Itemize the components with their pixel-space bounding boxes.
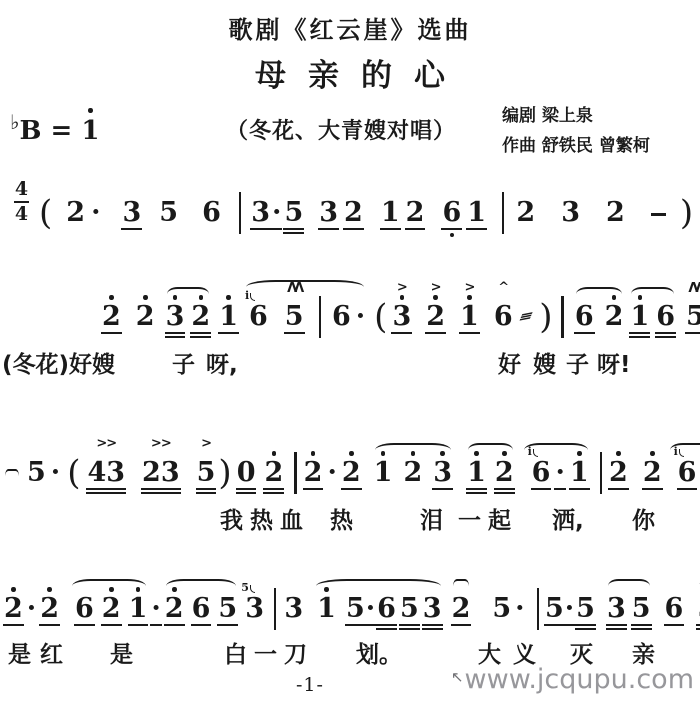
- note-digit: 5: [218, 595, 237, 622]
- performance-note: （冬花、大青嫂对唱）: [226, 114, 456, 145]
- barline: [319, 296, 321, 338]
- note-digit: ·: [272, 199, 281, 226]
- note: ·: [555, 459, 564, 486]
- high-octave-dot: [311, 451, 316, 456]
- note-digit: 23: [142, 459, 180, 486]
- parenthesis: (: [374, 300, 387, 334]
- barline: [502, 192, 504, 234]
- note: i6: [249, 303, 268, 330]
- note-digit: 6: [75, 595, 94, 622]
- note-digit: 1: [467, 459, 486, 486]
- slur-group: i61: [669, 459, 700, 486]
- underline: [284, 332, 305, 334]
- barline: [274, 588, 276, 630]
- note-digit: 3: [251, 199, 270, 226]
- underline: [271, 228, 282, 230]
- note: 1>: [460, 303, 479, 330]
- note: 53: [245, 595, 264, 622]
- note-digit: 5: [284, 199, 303, 226]
- note: i6: [678, 459, 697, 486]
- note: 2: [406, 199, 425, 226]
- high-octave-dot: [272, 451, 277, 456]
- music-line: 44(2·3563·5321261232): [14, 180, 700, 226]
- high-octave-dot: [226, 295, 231, 300]
- note: 2>: [426, 303, 445, 330]
- lyric-syllable: 热: [250, 508, 273, 536]
- high-octave-dot: [616, 451, 621, 456]
- high-octave-dot: [11, 587, 16, 592]
- underline: [283, 232, 304, 234]
- accent-mark: >>: [96, 437, 116, 450]
- series-title: 歌剧《红云崖》选曲: [0, 10, 700, 45]
- underline: [391, 332, 412, 334]
- underline: [376, 624, 397, 626]
- underline: [531, 488, 552, 490]
- note-digit: 2: [452, 595, 471, 622]
- underline: [554, 488, 565, 490]
- note: 6: [377, 595, 396, 622]
- underline: [101, 624, 122, 626]
- note-digit: 1: [630, 303, 649, 330]
- underline: [191, 624, 212, 626]
- note: 43>>: [87, 459, 125, 486]
- note: 3: [251, 199, 270, 226]
- note-digit: 2: [342, 459, 361, 486]
- note-digit: 2: [4, 595, 23, 622]
- lyric-syllable: 呀,: [206, 352, 238, 380]
- note-digit: 2: [40, 595, 59, 622]
- note-digit: 2: [406, 199, 425, 226]
- underline: [141, 492, 181, 494]
- note-digit: 6: [665, 595, 684, 622]
- high-octave-dot: [433, 295, 438, 300]
- note-digit: 5: [27, 459, 46, 486]
- underline: [631, 628, 652, 630]
- underline: [664, 624, 685, 626]
- slur-group: 123: [374, 459, 452, 486]
- tremolo-mark: ≡: [515, 306, 536, 326]
- note-digit: 2: [264, 459, 283, 486]
- note-digit: 3: [561, 199, 580, 226]
- note: 1: [129, 595, 148, 622]
- parenthesis: (: [67, 456, 80, 490]
- music-line: 22321i65ΛΛ6·(3>2>1>6^≡)62165ΛΛ3≈2: [102, 296, 700, 330]
- underline: [150, 624, 161, 626]
- note: 6: [665, 595, 684, 622]
- underline: [459, 332, 480, 334]
- slur-group: 621: [71, 595, 147, 622]
- note-digit: 6: [532, 459, 551, 486]
- note-digit: 2: [165, 595, 184, 622]
- note: 2: [136, 303, 155, 330]
- note: 2: [606, 199, 625, 226]
- slur-group: 35: [607, 595, 651, 622]
- underline: [696, 624, 700, 626]
- note-digit: 5: [346, 595, 365, 622]
- note-digit: 0: [237, 459, 256, 486]
- slur-arc: [631, 287, 674, 301]
- note: ·: [51, 459, 60, 486]
- slur-arc: [524, 443, 588, 457]
- slur-arc: [316, 579, 440, 593]
- note: 2: [609, 459, 628, 486]
- slur-group: i6·1: [523, 459, 589, 486]
- accent-mark: >: [464, 281, 474, 294]
- underline: [3, 624, 24, 626]
- note: 2: [40, 595, 59, 622]
- note: 6: [202, 199, 221, 226]
- accent-mark: ^: [498, 281, 508, 294]
- barline: [537, 588, 539, 630]
- note: 1: [374, 459, 393, 486]
- note-digit: 1: [219, 303, 238, 330]
- note: ·: [515, 595, 524, 622]
- note-digit: 3: [245, 595, 264, 622]
- note-digit: 5: [545, 595, 564, 622]
- accent-mark: >: [201, 437, 211, 450]
- note: 6: [75, 595, 94, 622]
- note: 2: [66, 199, 85, 226]
- underline: [190, 332, 211, 334]
- underline: [190, 336, 211, 338]
- underline: [164, 624, 185, 626]
- slur-arc: [166, 579, 236, 593]
- underline: [629, 336, 650, 338]
- underline: [441, 228, 462, 230]
- slur-arc: [670, 443, 700, 457]
- underline: [494, 488, 515, 490]
- note-digit: 6: [656, 303, 675, 330]
- key-letter: B =: [19, 116, 72, 146]
- note-digit: 6: [377, 595, 396, 622]
- underline: [263, 492, 284, 494]
- underline: [606, 624, 627, 626]
- note: ·: [327, 459, 336, 486]
- note-digit: 5: [686, 303, 700, 330]
- parenthesis: ): [218, 456, 231, 490]
- note-digit: ·: [91, 199, 100, 226]
- note: 2: [304, 459, 323, 486]
- underline: [141, 488, 181, 490]
- lyric-syllable: 一: [254, 642, 277, 670]
- note: 3: [284, 595, 303, 622]
- note-digit: ·: [27, 595, 36, 622]
- note: 1: [219, 303, 238, 330]
- underline: [569, 488, 590, 490]
- parenthesis: ): [539, 300, 552, 334]
- underline: [218, 332, 239, 334]
- note-digit: 6: [332, 303, 351, 330]
- underline: [422, 624, 443, 626]
- note: 3: [166, 303, 185, 330]
- note-digit: 43: [87, 459, 125, 486]
- underline: [86, 488, 126, 490]
- lyric-syllable: 血: [280, 508, 303, 536]
- high-octave-dot: [400, 295, 405, 300]
- note: 6: [442, 199, 461, 226]
- slur-arc: [167, 287, 210, 301]
- underline: [86, 492, 126, 494]
- underline: [432, 488, 453, 490]
- note: 3: [122, 199, 141, 226]
- note: 6: [575, 303, 594, 330]
- credits: 编剧 梁上泉 作曲 舒铁民 曾繁柯: [502, 102, 650, 162]
- underline: [318, 228, 339, 230]
- note-digit: 2: [344, 199, 363, 226]
- note-digit: 2: [606, 199, 625, 226]
- underline: [696, 628, 700, 630]
- lyric-syllable: 是: [110, 642, 133, 670]
- note-digit: 2: [102, 303, 121, 330]
- note-digit: 5: [492, 595, 511, 622]
- music-line: 2·2621·26553315·65325·5·53565ΛΛ61: [4, 588, 700, 622]
- note-digit: 1: [460, 303, 479, 330]
- underline: [303, 488, 324, 490]
- note-digit: 3: [319, 199, 338, 226]
- underline: [236, 488, 257, 490]
- note: 2: [342, 459, 361, 486]
- underline: [165, 336, 186, 338]
- grace-note: 5: [241, 582, 255, 593]
- note-digit: 1: [381, 199, 400, 226]
- note: 0: [237, 459, 256, 486]
- note-digit: 1: [317, 595, 336, 622]
- accent-mark: >: [397, 281, 407, 294]
- note-digit: 5: [159, 199, 178, 226]
- note: 3: [423, 595, 442, 622]
- note: 6^: [494, 303, 513, 330]
- note: 2: [102, 303, 121, 330]
- lyric-syllable: 泪: [420, 508, 443, 536]
- note: 1: [570, 459, 589, 486]
- page-title: 母亲的心: [0, 50, 700, 95]
- note: ·: [27, 595, 36, 622]
- slur-group: 16: [630, 303, 675, 330]
- underline: [544, 624, 565, 626]
- note: 1: [467, 459, 486, 486]
- lyric-syllable: (冬花)好嫂: [2, 352, 115, 380]
- music-line: 5·(43>>23>>5>)022·212312i6·122i6132·06: [4, 452, 700, 486]
- underline: [564, 624, 575, 626]
- high-octave-dot: [650, 451, 655, 456]
- note-digit: 6: [678, 459, 697, 486]
- note-digit: 5: [197, 459, 216, 486]
- underline: [451, 624, 472, 626]
- underline: [74, 624, 95, 626]
- page-number: -1-: [296, 674, 324, 696]
- lyric-syllable: 起: [488, 508, 511, 536]
- note: 5: [284, 199, 303, 226]
- underline: [101, 332, 122, 334]
- note: 1: [630, 303, 649, 330]
- underline: [466, 488, 487, 490]
- underline: [655, 332, 676, 334]
- underline: [128, 624, 149, 626]
- underline: [121, 228, 142, 230]
- note: 2: [4, 595, 23, 622]
- underline: [165, 332, 186, 334]
- slur-arc: [72, 579, 146, 593]
- note-digit: 2: [66, 199, 85, 226]
- note: 3: [319, 199, 338, 226]
- underline: [608, 488, 629, 490]
- note: 1: [317, 595, 336, 622]
- note: 5: [576, 595, 595, 622]
- credit-playwright: 编剧 梁上泉: [502, 102, 650, 132]
- trill-icon: ΛΛ: [688, 282, 700, 295]
- note: ·: [91, 199, 100, 226]
- note-digit: 3: [607, 595, 626, 622]
- note-digit: 1: [570, 459, 589, 486]
- note: 2: [516, 199, 535, 226]
- cursor-icon: ↖: [451, 668, 464, 686]
- note-digit: 3: [392, 303, 411, 330]
- barline: [239, 192, 241, 234]
- note: 6: [192, 595, 211, 622]
- note-digit: 1: [129, 595, 148, 622]
- underline: [575, 624, 596, 626]
- lyric-syllable: 好: [498, 352, 521, 380]
- note-digit: 2: [609, 459, 628, 486]
- note: ·: [565, 595, 574, 622]
- note-digit: 6: [442, 199, 461, 226]
- note: i6: [532, 459, 551, 486]
- note-digit: 2: [643, 459, 662, 486]
- underline: [575, 628, 596, 630]
- note: 6: [656, 303, 675, 330]
- lyric-syllable: 嫂: [533, 352, 556, 380]
- note: 5ΛΛ: [285, 303, 304, 330]
- high-octave-dot: [143, 295, 148, 300]
- note: 5: [346, 595, 365, 622]
- underline: [343, 228, 364, 230]
- underline: [39, 624, 60, 626]
- note: ·: [151, 595, 160, 622]
- watermark-text: www.jcqupu.com: [465, 664, 694, 695]
- note: 6: [332, 303, 351, 330]
- note: ·: [356, 303, 365, 330]
- note-digit: 2: [495, 459, 514, 486]
- slur-arc: [608, 579, 650, 593]
- note-digit: 2: [136, 303, 155, 330]
- underline: [250, 228, 271, 230]
- note: 5: [632, 595, 651, 622]
- lyric-syllable: 刀: [284, 642, 307, 670]
- slur-group: 15·653: [315, 595, 441, 622]
- note: 5: [159, 199, 178, 226]
- underline: [217, 624, 238, 626]
- high-octave-dot: [109, 295, 114, 300]
- underline: [376, 628, 397, 630]
- note: 2: [102, 595, 121, 622]
- note-digit: 5: [576, 595, 595, 622]
- note: 2: [495, 459, 514, 486]
- slur-group: 32: [166, 303, 211, 330]
- note: ·: [272, 199, 281, 226]
- underline: [466, 492, 487, 494]
- underline: [380, 228, 401, 230]
- lyric-syllable: 洒,: [552, 508, 584, 536]
- note: 5: [400, 595, 419, 622]
- accent-mark: >: [431, 281, 441, 294]
- high-octave-dot: [467, 295, 472, 300]
- parenthesis: ): [680, 196, 693, 230]
- credit-composers: 作曲 舒铁民 曾繁柯: [502, 132, 650, 162]
- lyric-syllable: 红: [40, 642, 63, 670]
- note: 2: [165, 595, 184, 622]
- underline: [399, 628, 420, 630]
- underline: [345, 624, 366, 626]
- note-digit: 1: [374, 459, 393, 486]
- underline: [263, 488, 284, 490]
- note-digit: ·: [51, 459, 60, 486]
- lyric-syllable: 白: [224, 642, 247, 670]
- note-digit: 1: [467, 199, 486, 226]
- note-digit: 6: [202, 199, 221, 226]
- slur-arc: [453, 579, 470, 593]
- note-digit: 5: [400, 595, 419, 622]
- note: 3: [561, 199, 580, 226]
- slur-group: 265: [165, 595, 237, 622]
- note-digit: ·: [327, 459, 336, 486]
- note-digit: 2: [516, 199, 535, 226]
- high-octave-dot: [47, 587, 52, 592]
- note: 2: [643, 459, 662, 486]
- key-tonic: 1: [81, 116, 99, 146]
- note-digit: 3: [423, 595, 442, 622]
- note-digit: 2: [426, 303, 445, 330]
- underline: [677, 488, 698, 490]
- underline: [574, 332, 595, 334]
- underline: [236, 492, 257, 494]
- note-digit: ·: [151, 595, 160, 622]
- low-octave-dot: [450, 233, 455, 238]
- lyric-syllable: 子: [566, 352, 589, 380]
- underline: [685, 332, 700, 334]
- lyric-syllable: 热: [330, 508, 353, 536]
- lyric-syllable: 你: [632, 508, 655, 536]
- underline: [283, 228, 304, 230]
- underline: [341, 488, 362, 490]
- note-digit: 6: [249, 303, 268, 330]
- underline: [655, 336, 676, 338]
- underline: [399, 624, 420, 626]
- lyric-syllable: 划。: [356, 642, 402, 670]
- score-page: 歌剧《红云崖》选曲 母亲的心 ♭B = 1 （冬花、大青嫂对唱） 编剧 梁上泉 …: [0, 0, 700, 705]
- note-digit: ·: [515, 595, 524, 622]
- note-digit: ·: [555, 459, 564, 486]
- slur-group: i65ΛΛ6·: [245, 296, 365, 330]
- underline: [466, 228, 487, 230]
- note: 1: [467, 199, 486, 226]
- note: 2: [344, 199, 363, 226]
- note-digit: 2: [403, 459, 422, 486]
- lyric-syllable: 是: [8, 642, 31, 670]
- underline: [425, 332, 446, 334]
- barline: [600, 452, 602, 494]
- underline: [365, 624, 376, 626]
- key-signature: ♭B = 1: [10, 110, 99, 146]
- note: 5: [27, 459, 46, 486]
- note: 23>>: [142, 459, 180, 486]
- slur-arc: [468, 443, 513, 457]
- accent-mark: >>: [151, 437, 171, 450]
- note-digit: 5: [632, 595, 651, 622]
- slur-arc: [246, 280, 364, 294]
- note-digit: 6: [192, 595, 211, 622]
- slur-group: 62: [575, 303, 624, 330]
- slur-arc: [576, 287, 623, 301]
